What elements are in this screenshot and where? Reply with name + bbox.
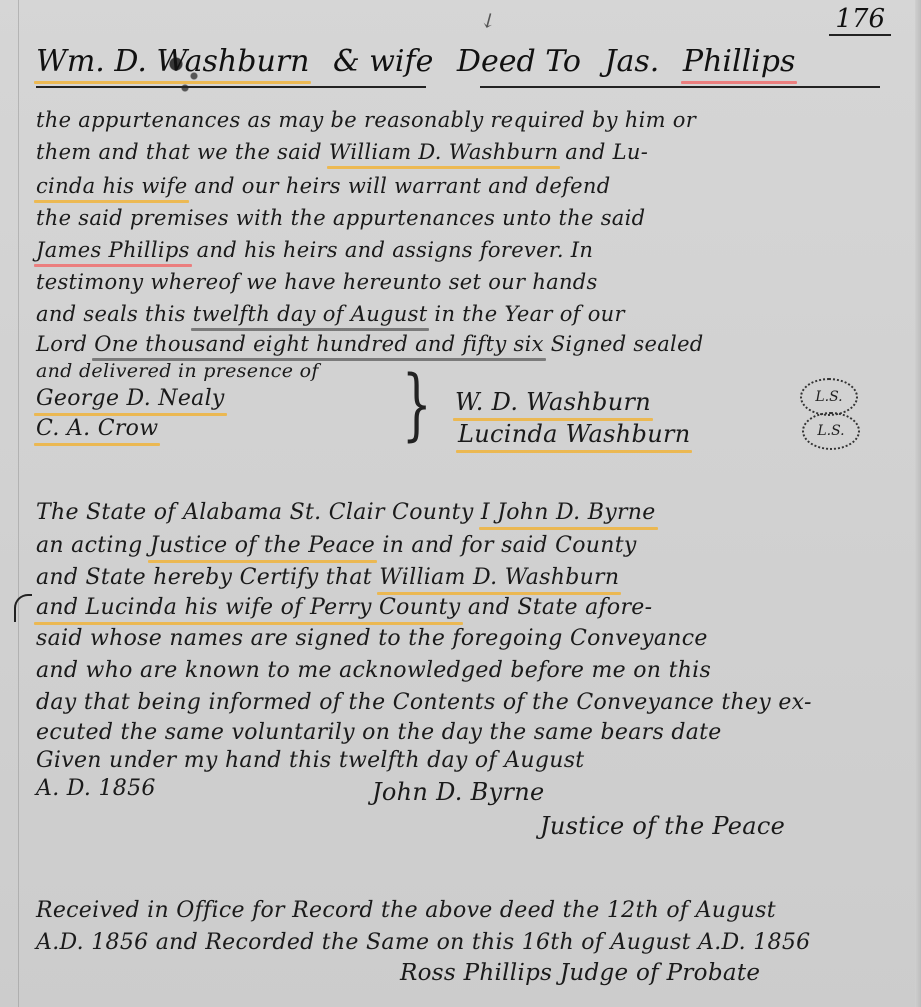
- deed-line: and delivered in presence of: [36, 360, 319, 382]
- text: in and for said County: [375, 533, 637, 558]
- title-grantee-prefix: Jas.: [605, 44, 660, 79]
- deed-line: James Phillips and his heirs and assigns…: [36, 238, 593, 262]
- title-grantee: Phillips: [683, 44, 796, 79]
- cert-date: A. D. 1856: [36, 776, 156, 801]
- grantee-name: James Phillips: [36, 238, 190, 262]
- cert-line: The State of Alabama St. Clair County I …: [36, 500, 656, 525]
- deed-line: the appurtenances as may be reasonably r…: [36, 108, 696, 132]
- text: Signed sealed: [544, 332, 704, 356]
- title-connector: & wife: [333, 44, 433, 79]
- title-underline: [36, 86, 426, 88]
- arrow-mark-icon: ↙: [475, 5, 502, 34]
- text: the said premises with the appurtenances…: [36, 206, 645, 230]
- deed-line: testimony whereof we have hereunto set o…: [36, 270, 598, 294]
- cert-line: said whose names are signed to the foreg…: [36, 626, 708, 651]
- signature-2: Lucinda Washburn: [458, 420, 690, 448]
- deed-line: and seals this twelfth day of August in …: [36, 302, 625, 326]
- deed-year: One thousand eight hundred and fifty six: [94, 332, 543, 356]
- text: said whose names are signed to the foreg…: [36, 626, 708, 651]
- text: and our heirs will warrant and defend: [187, 174, 610, 198]
- text: Lord: [36, 332, 94, 356]
- title-underline: [480, 86, 640, 88]
- probate-signature: Ross Phillips Judge of Probate: [400, 960, 760, 986]
- text: and who are known to me acknowledged bef…: [36, 658, 711, 683]
- cert-line: and State hereby Certify that William D.…: [36, 565, 619, 590]
- deed-date: twelfth day of August: [193, 302, 428, 326]
- cert-line: Given under my hand this twelfth day of …: [36, 748, 584, 773]
- justice-title: Justice of the Peace: [150, 533, 375, 558]
- recording-line: Received in Office for Record the above …: [36, 898, 776, 923]
- deed-record-page: ↙ 176 Wm. D. Washburn & wife Deed To Jas…: [0, 0, 921, 1007]
- text: in the Year of our: [427, 302, 624, 326]
- recording-line: A.D. 1856 and Recorded the Same on this …: [36, 930, 810, 955]
- deed-line: them and that we the said William D. Was…: [36, 140, 648, 164]
- text: ecuted the same voluntarily on the day t…: [36, 720, 722, 745]
- cert-line: and Lucinda his wife of Perry County and…: [36, 595, 652, 620]
- seal-icon: L.S.: [802, 412, 860, 450]
- brace-icon: }: [402, 360, 432, 450]
- justice-name: I John D. Byrne: [481, 500, 656, 525]
- seal-label: L.S.: [815, 389, 842, 405]
- text: and State hereby Certify that: [36, 565, 379, 590]
- text: and his heirs and assigns forever. In: [190, 238, 594, 262]
- grantor-name: William D. Washburn: [379, 565, 619, 590]
- witness-1: George D. Nealy: [36, 386, 225, 411]
- justice-signature-title: Justice of the Peace: [540, 812, 785, 840]
- signature-1: W. D. Washburn: [455, 388, 651, 416]
- witness-2: C. A. Crow: [36, 416, 158, 441]
- text: an acting: [36, 533, 150, 558]
- text: Given under my hand this twelfth day of …: [36, 748, 584, 773]
- grantor-name: William D. Washburn: [329, 140, 558, 164]
- grantor-wife-name: cinda his wife: [36, 174, 187, 198]
- title-type: Deed To: [457, 44, 581, 79]
- deed-title: Wm. D. Washburn & wife Deed To Jas. Phil…: [36, 44, 795, 79]
- text: The State of Alabama St. Clair County: [36, 500, 481, 525]
- page-number: 176: [829, 4, 891, 36]
- page-edge: [915, 0, 921, 1007]
- title-underline: [640, 86, 880, 88]
- title-grantor: Wm. D. Washburn: [36, 44, 309, 79]
- witness-name: George D. Nealy: [36, 386, 225, 411]
- margin-rule: [18, 0, 19, 1007]
- cert-line: ecuted the same voluntarily on the day t…: [36, 720, 722, 745]
- grantor-wife-county: and Lucinda his wife of Perry County: [36, 595, 461, 620]
- text: the appurtenances as may be reasonably r…: [36, 108, 696, 132]
- witness-name: C. A. Crow: [36, 416, 158, 441]
- text: them and that we the said: [36, 140, 329, 164]
- justice-signature: John D. Byrne: [372, 778, 545, 806]
- deed-line: cinda his wife and our heirs will warran…: [36, 174, 610, 198]
- text: day that being informed of the Contents …: [36, 690, 812, 715]
- seal-icon: L.S.: [800, 378, 858, 416]
- deed-line: Lord One thousand eight hundred and fift…: [36, 332, 704, 356]
- signature-name: W. D. Washburn: [455, 388, 651, 416]
- signature-name: Lucinda Washburn: [458, 420, 690, 448]
- text: and Lu-: [558, 140, 648, 164]
- text: and State afore-: [461, 595, 653, 620]
- cert-line: day that being informed of the Contents …: [36, 690, 812, 715]
- deed-line: the said premises with the appurtenances…: [36, 206, 645, 230]
- cert-line: and who are known to me acknowledged bef…: [36, 658, 711, 683]
- margin-bracket: [14, 594, 32, 622]
- seal-label: L.S.: [817, 423, 844, 439]
- text: and delivered in presence of: [36, 360, 319, 382]
- text: and seals this: [36, 302, 193, 326]
- cert-line: an acting Justice of the Peace in and fo…: [36, 533, 637, 558]
- text: testimony whereof we have hereunto set o…: [36, 270, 598, 294]
